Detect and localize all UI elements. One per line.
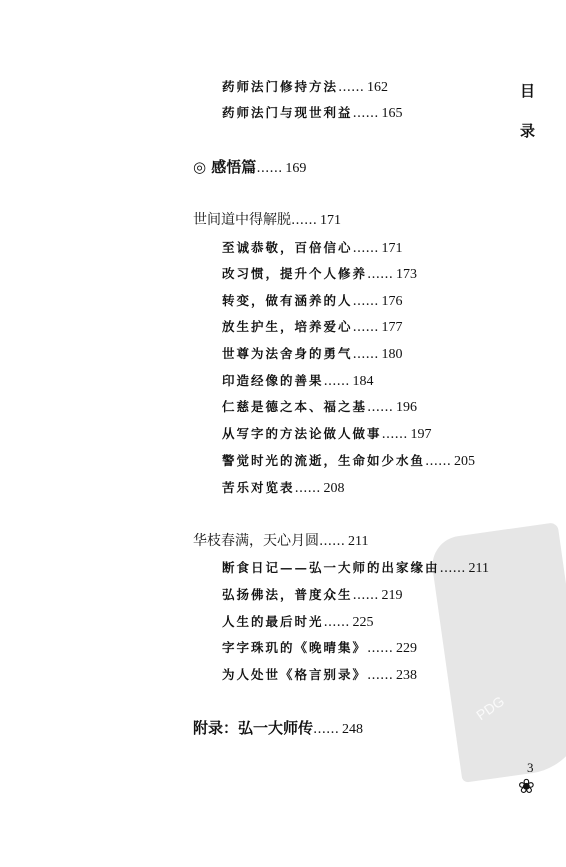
toc-entry[interactable]: 从写字的方法论做人做事……197 bbox=[222, 426, 432, 443]
toc-entry[interactable]: 人生的最后时光……225 bbox=[222, 614, 374, 631]
toc-entry[interactable]: 弘扬佛法，普度众生……219 bbox=[222, 587, 403, 604]
toc-entry[interactable]: 警觉时光的流逝，生命如少水鱼……205 bbox=[222, 453, 475, 470]
toc-entry[interactable]: 放生护生，培养爱心……177 bbox=[222, 319, 403, 336]
flower-ornament-icon: ❀ bbox=[518, 774, 535, 798]
toc-entry[interactable]: 断食日记——弘一大师的出家缘由……211 bbox=[222, 560, 489, 577]
toc-entry[interactable]: 至诚恭敬，百倍信心……171 bbox=[222, 240, 403, 257]
toc-entry[interactable]: 药师法门与现世利益……165 bbox=[222, 105, 403, 122]
toc-entry[interactable]: 苦乐对览表……208 bbox=[222, 480, 345, 497]
toc-section[interactable]: 世间道中得解脱……171 bbox=[193, 212, 341, 229]
toc-entry[interactable]: 为人处世《格言别录》……238 bbox=[222, 667, 417, 684]
side-label-mu: 目 bbox=[520, 80, 535, 101]
toc-entry[interactable]: 改习惯，提升个人修养……173 bbox=[222, 266, 417, 283]
side-label-lu: 录 bbox=[520, 120, 535, 141]
toc-entry[interactable]: 药师法门修持方法……162 bbox=[222, 79, 388, 96]
toc-entry[interactable]: 印造经像的善果……184 bbox=[222, 373, 374, 390]
toc-entry[interactable]: 转变，做有涵养的人……176 bbox=[222, 293, 403, 310]
toc-appendix[interactable]: 附录：弘一大师传……248 bbox=[193, 720, 363, 738]
toc-part[interactable]: ◎ 感悟篇……169 bbox=[193, 159, 306, 177]
toc-entry[interactable]: 仁慈是德之本、福之基……196 bbox=[222, 399, 417, 416]
toc-section[interactable]: 华枝春满，天心月圆……211 bbox=[193, 533, 368, 550]
toc-entry[interactable]: 世尊为法舍身的勇气……180 bbox=[222, 346, 403, 363]
toc-entry[interactable]: 字字珠玑的《晚晴集》……229 bbox=[222, 640, 417, 657]
